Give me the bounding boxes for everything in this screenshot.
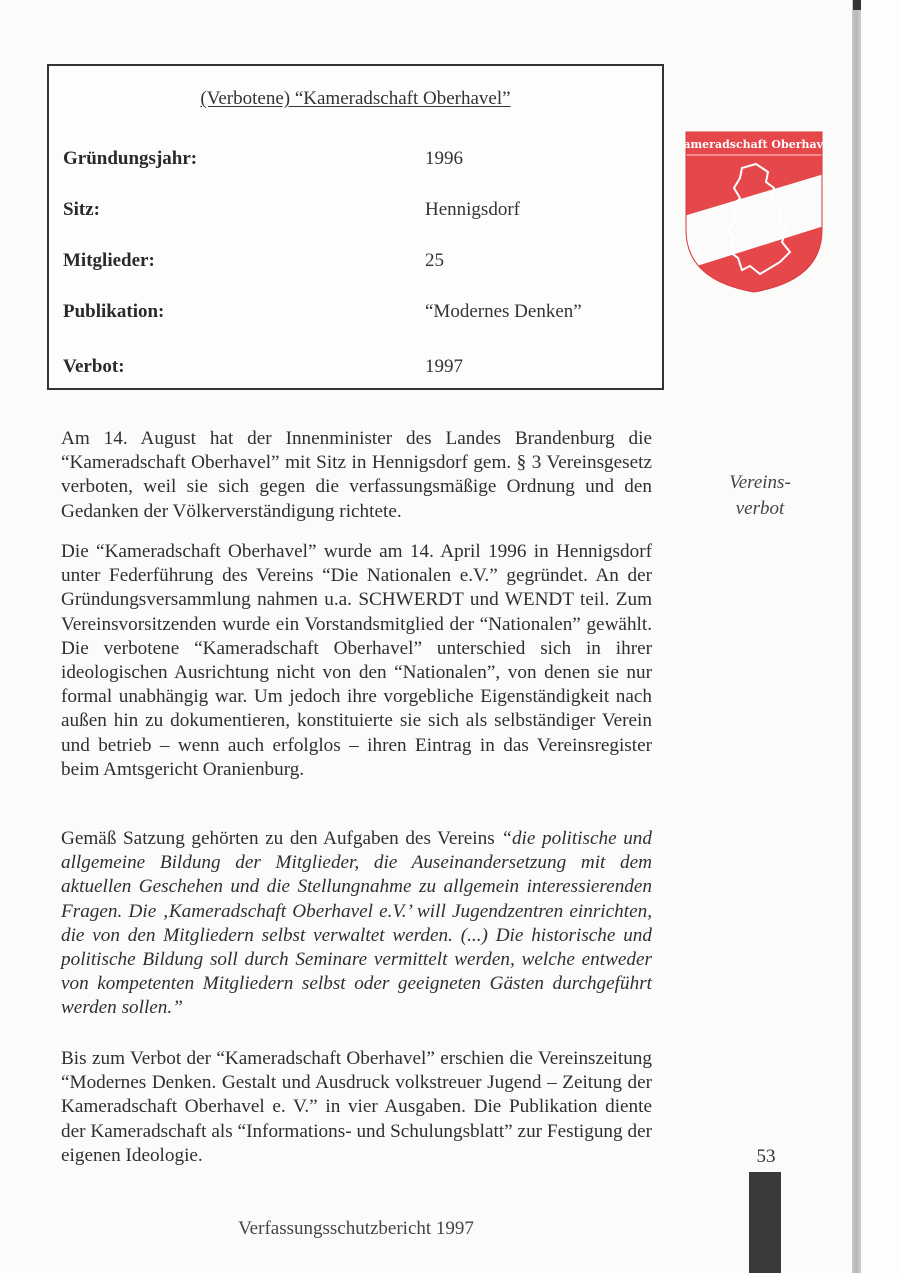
book-page-edge bbox=[852, 0, 861, 1273]
coat-of-arms-icon: Kameradschaft Oberhavel bbox=[684, 130, 824, 294]
emblem-text: Kameradschaft Oberhavel bbox=[684, 138, 824, 151]
page-number: 53 bbox=[750, 1146, 782, 1168]
info-value: 1996 bbox=[425, 148, 463, 170]
page-footer: Verfassungsschutzbericht 1997 bbox=[0, 1218, 712, 1240]
thumb-index-tab bbox=[749, 1172, 781, 1273]
scan-margin bbox=[861, 0, 900, 1273]
info-box: (Verbotene) “Kameradschaft Oberhavel” Gr… bbox=[47, 64, 664, 390]
info-row-publication: Publikation: “Modernes Denken” bbox=[63, 301, 652, 327]
page-edge-shadow bbox=[853, 0, 861, 10]
info-label: Publikation: bbox=[63, 301, 164, 323]
info-row-founded: Gründungsjahr: 1996 bbox=[63, 148, 652, 174]
statute-intro: Gemäß Satzung gehörten zu den Aufgaben d… bbox=[61, 828, 501, 849]
margin-note: Vereins- verbot bbox=[700, 470, 820, 522]
info-label: Mitglieder: bbox=[63, 250, 155, 272]
paragraph-statute: Gemäß Satzung gehörten zu den Aufgaben d… bbox=[61, 827, 652, 1021]
info-value: 25 bbox=[425, 250, 444, 272]
info-value: “Modernes Denken” bbox=[425, 301, 582, 323]
info-row-ban: Verbot: 1997 bbox=[63, 356, 652, 382]
info-value: Hennigsdorf bbox=[425, 199, 520, 221]
info-value: 1997 bbox=[425, 356, 463, 378]
info-box-title: (Verbotene) “Kameradschaft Oberhavel” bbox=[49, 88, 662, 110]
document-page: (Verbotene) “Kameradschaft Oberhavel” Gr… bbox=[0, 0, 900, 1273]
margin-note-line: Vereins- bbox=[700, 470, 820, 496]
margin-note-line: verbot bbox=[700, 496, 820, 522]
info-label: Gründungsjahr: bbox=[63, 148, 197, 170]
paragraph-founding: Die “Kameradschaft Oberhavel” wurde am 1… bbox=[61, 540, 652, 782]
info-label: Verbot: bbox=[63, 356, 125, 378]
info-row-members: Mitglieder: 25 bbox=[63, 250, 652, 276]
info-label: Sitz: bbox=[63, 199, 100, 221]
statute-quote: “die politische und allgemeine Bildung d… bbox=[61, 828, 652, 1018]
info-row-seat: Sitz: Hennigsdorf bbox=[63, 199, 652, 225]
paragraph-ban: Am 14. August hat der Innenminister des … bbox=[61, 427, 652, 524]
paragraph-publication: Bis zum Verbot der “Kameradschaft Oberha… bbox=[61, 1047, 652, 1168]
